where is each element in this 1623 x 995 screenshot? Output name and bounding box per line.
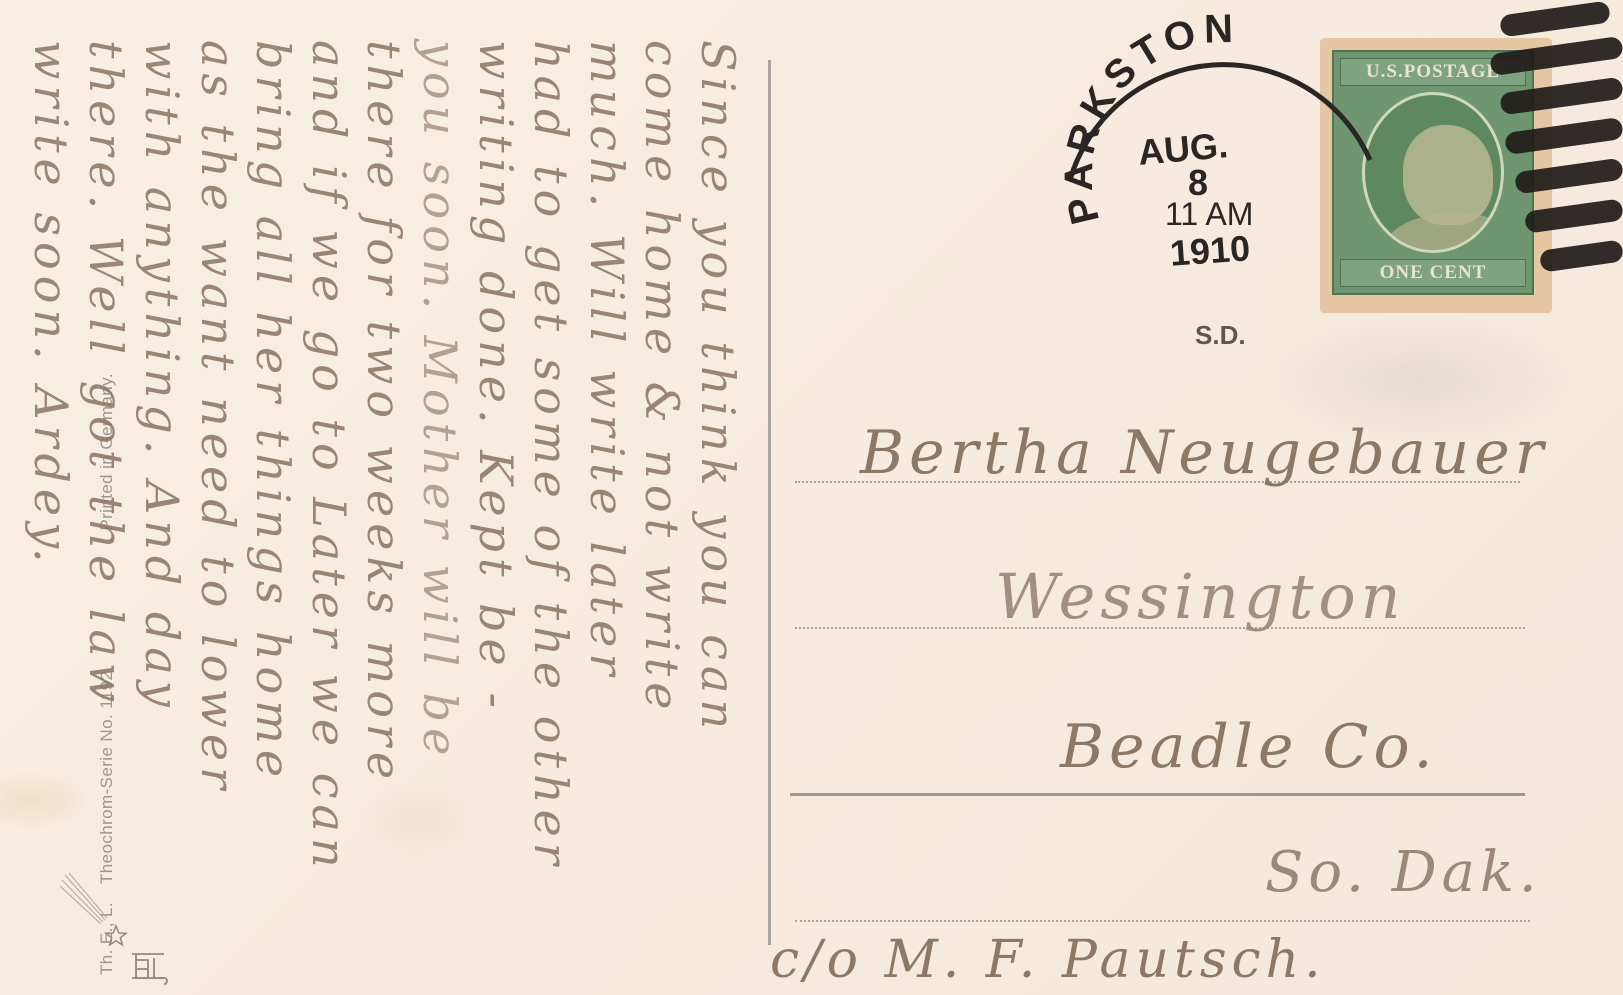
message-line: there for two weeks more xyxy=(356,40,412,970)
recipient-state: So. Dak. xyxy=(1265,840,1542,905)
message-line: had to get some of the other xyxy=(523,40,579,970)
message-line: writing done. Kept be - xyxy=(467,40,523,970)
postcard-back: Th. E., L.Theochrom-Serie No. 1192Printe… xyxy=(0,0,1623,995)
message-line: there. Well got the law xyxy=(78,40,134,970)
recipient-county: Beadle Co. xyxy=(1060,712,1438,782)
care-of-line: c/o M. F. Pautsch. xyxy=(770,930,1326,990)
postmark-state: S.D. xyxy=(1195,320,1246,351)
recipient-city: Wessington xyxy=(995,560,1406,633)
message-line: come home & not write xyxy=(634,40,690,970)
message-line: you soon. Mother will be xyxy=(411,40,467,970)
postmark-month: AUG. xyxy=(1136,124,1229,174)
message-line: with anything. And day xyxy=(133,40,189,970)
message-line: Since you think you can xyxy=(689,40,745,970)
message-line: and if we go to Later we can xyxy=(300,40,356,970)
message-line: as the want need to lower xyxy=(189,40,245,970)
handwritten-message: Since you think you can come home & not … xyxy=(22,40,745,970)
message-line: write soon. Ardey. xyxy=(22,40,78,970)
address-line-3 xyxy=(790,793,1525,796)
message-line: bring all her things home xyxy=(245,40,301,970)
recipient-name: Bertha Neugebauer xyxy=(860,418,1548,488)
message-line: much. Will write later xyxy=(578,40,634,970)
postmark-year: 1910 xyxy=(1169,227,1252,274)
address-line-4 xyxy=(795,920,1530,922)
center-divider xyxy=(768,60,771,945)
